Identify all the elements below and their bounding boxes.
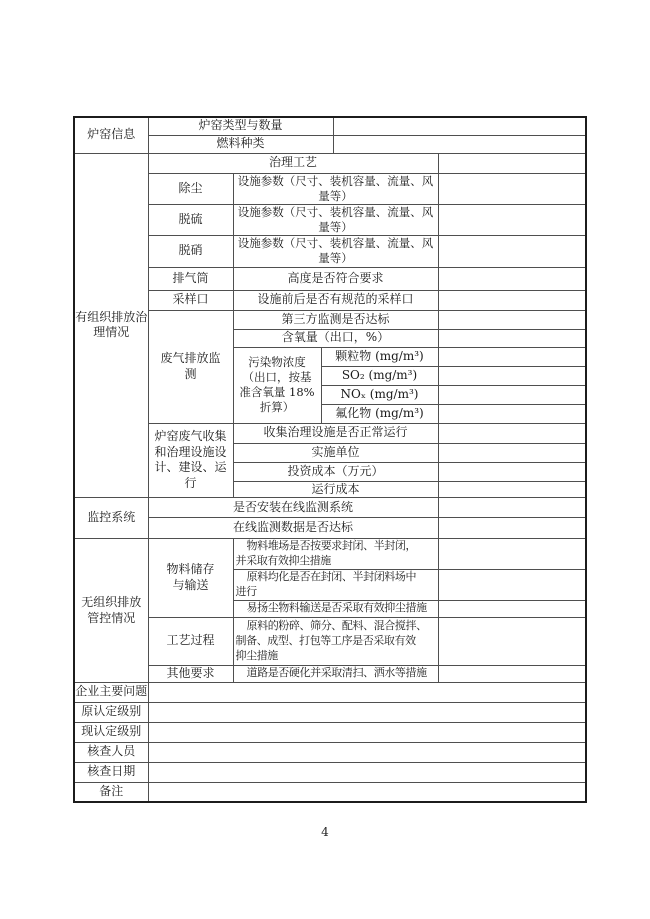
run-cost-label: 运行成本	[233, 481, 438, 498]
stockyard-value	[438, 539, 586, 570]
inspection-form-table: 炉窑信息 炉窑类型与数量 燃料种类 有组织排放治 理情况 治理工艺 除尘 设施参…	[73, 116, 587, 803]
kiln-type-value	[333, 117, 586, 135]
process-text: 原料的粉碎、筛分、配料、混合搅拌、 制备、成型、打包等工序是否采取有效 抑尘措施	[233, 617, 438, 665]
row-road: 其他要求 道路是否硬化并采取清扫、洒水等措施	[74, 665, 586, 682]
row-original-level: 原认定级别	[74, 702, 586, 722]
row-stockyard: 无组织排放 管控情况 物料储存 与输送 物料堆场是否按要求封闭、半封闭， 并采取…	[74, 539, 586, 570]
sampling-port-label: 采样口	[148, 290, 233, 310]
row-remarks: 备注	[74, 782, 586, 802]
row-online-data: 在线监测数据是否达标	[74, 518, 586, 539]
invest-cost-label: 投资成本（万元）	[233, 462, 438, 481]
row-third-party: 废气排放监 测 第三方监测是否达标	[74, 310, 586, 329]
process-label: 工艺过程	[148, 617, 233, 665]
sampling-req-value	[438, 290, 586, 310]
row-collect-run: 炉窑废气收集 和治理设施设 计、建设、运 行 收集治理设施是否正常运行	[74, 423, 586, 443]
collect-run-value	[438, 423, 586, 443]
denitration-label: 脱硝	[148, 236, 233, 267]
run-cost-value	[438, 481, 586, 498]
fluoride-value	[438, 404, 586, 423]
pm-value	[438, 347, 586, 366]
remarks-label: 备注	[74, 782, 148, 802]
original-level-value	[148, 702, 586, 722]
third-party-value	[438, 310, 586, 329]
original-level-label: 原认定级别	[74, 702, 148, 722]
fuel-type-value	[333, 135, 586, 153]
row-inspector: 核查人员	[74, 742, 586, 762]
oxygen-label: 含氧量（出口，%）	[233, 329, 438, 347]
other-req-label: 其他要求	[148, 665, 233, 682]
dust-param-value	[438, 173, 586, 204]
fluoride-label: 氟化物 (mg/m³)	[321, 404, 438, 423]
row-denitration: 脱硝 设施参数（尺寸、装机容量、流量、风 量等）	[74, 236, 586, 267]
current-level-label: 现认定级别	[74, 722, 148, 742]
monitoring-system-label: 监控系统	[74, 498, 148, 539]
online-data-label: 在线监测数据是否达标	[148, 518, 438, 539]
unorganized-emission-label: 无组织排放 管控情况	[74, 539, 148, 682]
main-problems-value	[148, 682, 586, 702]
row-stack: 排气筒 高度是否符合要求	[74, 267, 586, 290]
row-online-system: 监控系统 是否安装在线监测系统	[74, 498, 586, 518]
collection-facility-label: 炉窑废气收集 和治理设施设 计、建设、运 行	[148, 423, 233, 498]
remarks-value	[148, 782, 586, 802]
inspect-date-value	[148, 762, 586, 782]
row-treatment-process: 有组织排放治 理情况 治理工艺	[74, 153, 586, 173]
stockyard-text: 物料堆场是否按要求封闭、半封闭， 并采取有效抑尘措施	[233, 539, 438, 570]
road-value	[438, 665, 586, 682]
inspector-value	[148, 742, 586, 762]
so2-label: SO₂ (mg/m³)	[321, 366, 438, 385]
inspect-date-label: 核查日期	[74, 762, 148, 782]
desulf-param-value	[438, 204, 586, 235]
oxygen-value	[438, 329, 586, 347]
online-system-label: 是否安装在线监测系统	[148, 498, 438, 518]
row-process-dust: 工艺过程 原料的粉碎、筛分、配料、混合搅拌、 制备、成型、打包等工序是否采取有效…	[74, 617, 586, 665]
material-storage-label: 物料储存 与输送	[148, 539, 233, 617]
row-desulfurization: 脱硫 设施参数（尺寸、装机容量、流量、风 量等）	[74, 204, 586, 235]
stack-height-label: 高度是否符合要求	[233, 267, 438, 290]
road-text: 道路是否硬化并采取清扫、洒水等措施	[233, 665, 438, 682]
nox-label: NOₓ (mg/m³)	[321, 385, 438, 404]
row-current-level: 现认定级别	[74, 722, 586, 742]
process-value	[438, 617, 586, 665]
inspector-label: 核查人员	[74, 742, 148, 762]
row-sampling-port: 采样口 设施前后是否有规范的采样口	[74, 290, 586, 310]
organized-emission-label: 有组织排放治 理情况	[74, 153, 148, 498]
dust-param-label: 设施参数（尺寸、装机容量、流量、风 量等）	[233, 173, 438, 204]
stack-label: 排气筒	[148, 267, 233, 290]
kiln-type-label: 炉窑类型与数量	[148, 117, 333, 135]
document-page: 炉窑信息 炉窑类型与数量 燃料种类 有组织排放治 理情况 治理工艺 除尘 设施参…	[0, 0, 650, 919]
treatment-process-label: 治理工艺	[148, 153, 438, 173]
fuel-type-label: 燃料种类	[148, 135, 333, 153]
pm-label: 颗粒物 (mg/m³)	[321, 347, 438, 366]
kiln-info-label: 炉窑信息	[74, 117, 148, 153]
sampling-req-label: 设施前后是否有规范的采样口	[233, 290, 438, 310]
collect-run-label: 收集治理设施是否正常运行	[233, 423, 438, 443]
current-level-value	[148, 722, 586, 742]
homogenization-text: 原料均化是否在封闭、半封闭料场中 进行	[233, 570, 438, 601]
dusty-transport-value	[438, 600, 586, 617]
invest-cost-value	[438, 462, 586, 481]
treatment-process-value	[438, 153, 586, 173]
dust-removal-label: 除尘	[148, 173, 233, 204]
main-problems-label: 企业主要问题	[74, 682, 148, 702]
online-system-value	[438, 498, 586, 518]
denitr-param-label: 设施参数（尺寸、装机容量、流量、风 量等）	[233, 236, 438, 267]
row-inspect-date: 核查日期	[74, 762, 586, 782]
row-fuel-type: 燃料种类	[74, 135, 586, 153]
page-number: 4	[0, 825, 650, 839]
row-dust-removal: 除尘 设施参数（尺寸、装机容量、流量、风 量等）	[74, 173, 586, 204]
so2-value	[438, 366, 586, 385]
pollutant-conc-label: 污染物浓度 （出口，按基 准含氧量 18% 折算）	[233, 347, 321, 423]
online-data-value	[438, 518, 586, 539]
row-kiln-type: 炉窑信息 炉窑类型与数量	[74, 117, 586, 135]
denitr-param-value	[438, 236, 586, 267]
implement-unit-label: 实施单位	[233, 443, 438, 462]
desulfurization-label: 脱硫	[148, 204, 233, 235]
homogenization-value	[438, 570, 586, 601]
emission-monitoring-label: 废气排放监 测	[148, 310, 233, 423]
dusty-transport-text: 易扬尘物料输送是否采取有效抑尘措施	[233, 600, 438, 617]
nox-value	[438, 385, 586, 404]
third-party-label: 第三方监测是否达标	[233, 310, 438, 329]
stack-height-value	[438, 267, 586, 290]
row-main-problems: 企业主要问题	[74, 682, 586, 702]
implement-unit-value	[438, 443, 586, 462]
desulf-param-label: 设施参数（尺寸、装机容量、流量、风 量等）	[233, 204, 438, 235]
